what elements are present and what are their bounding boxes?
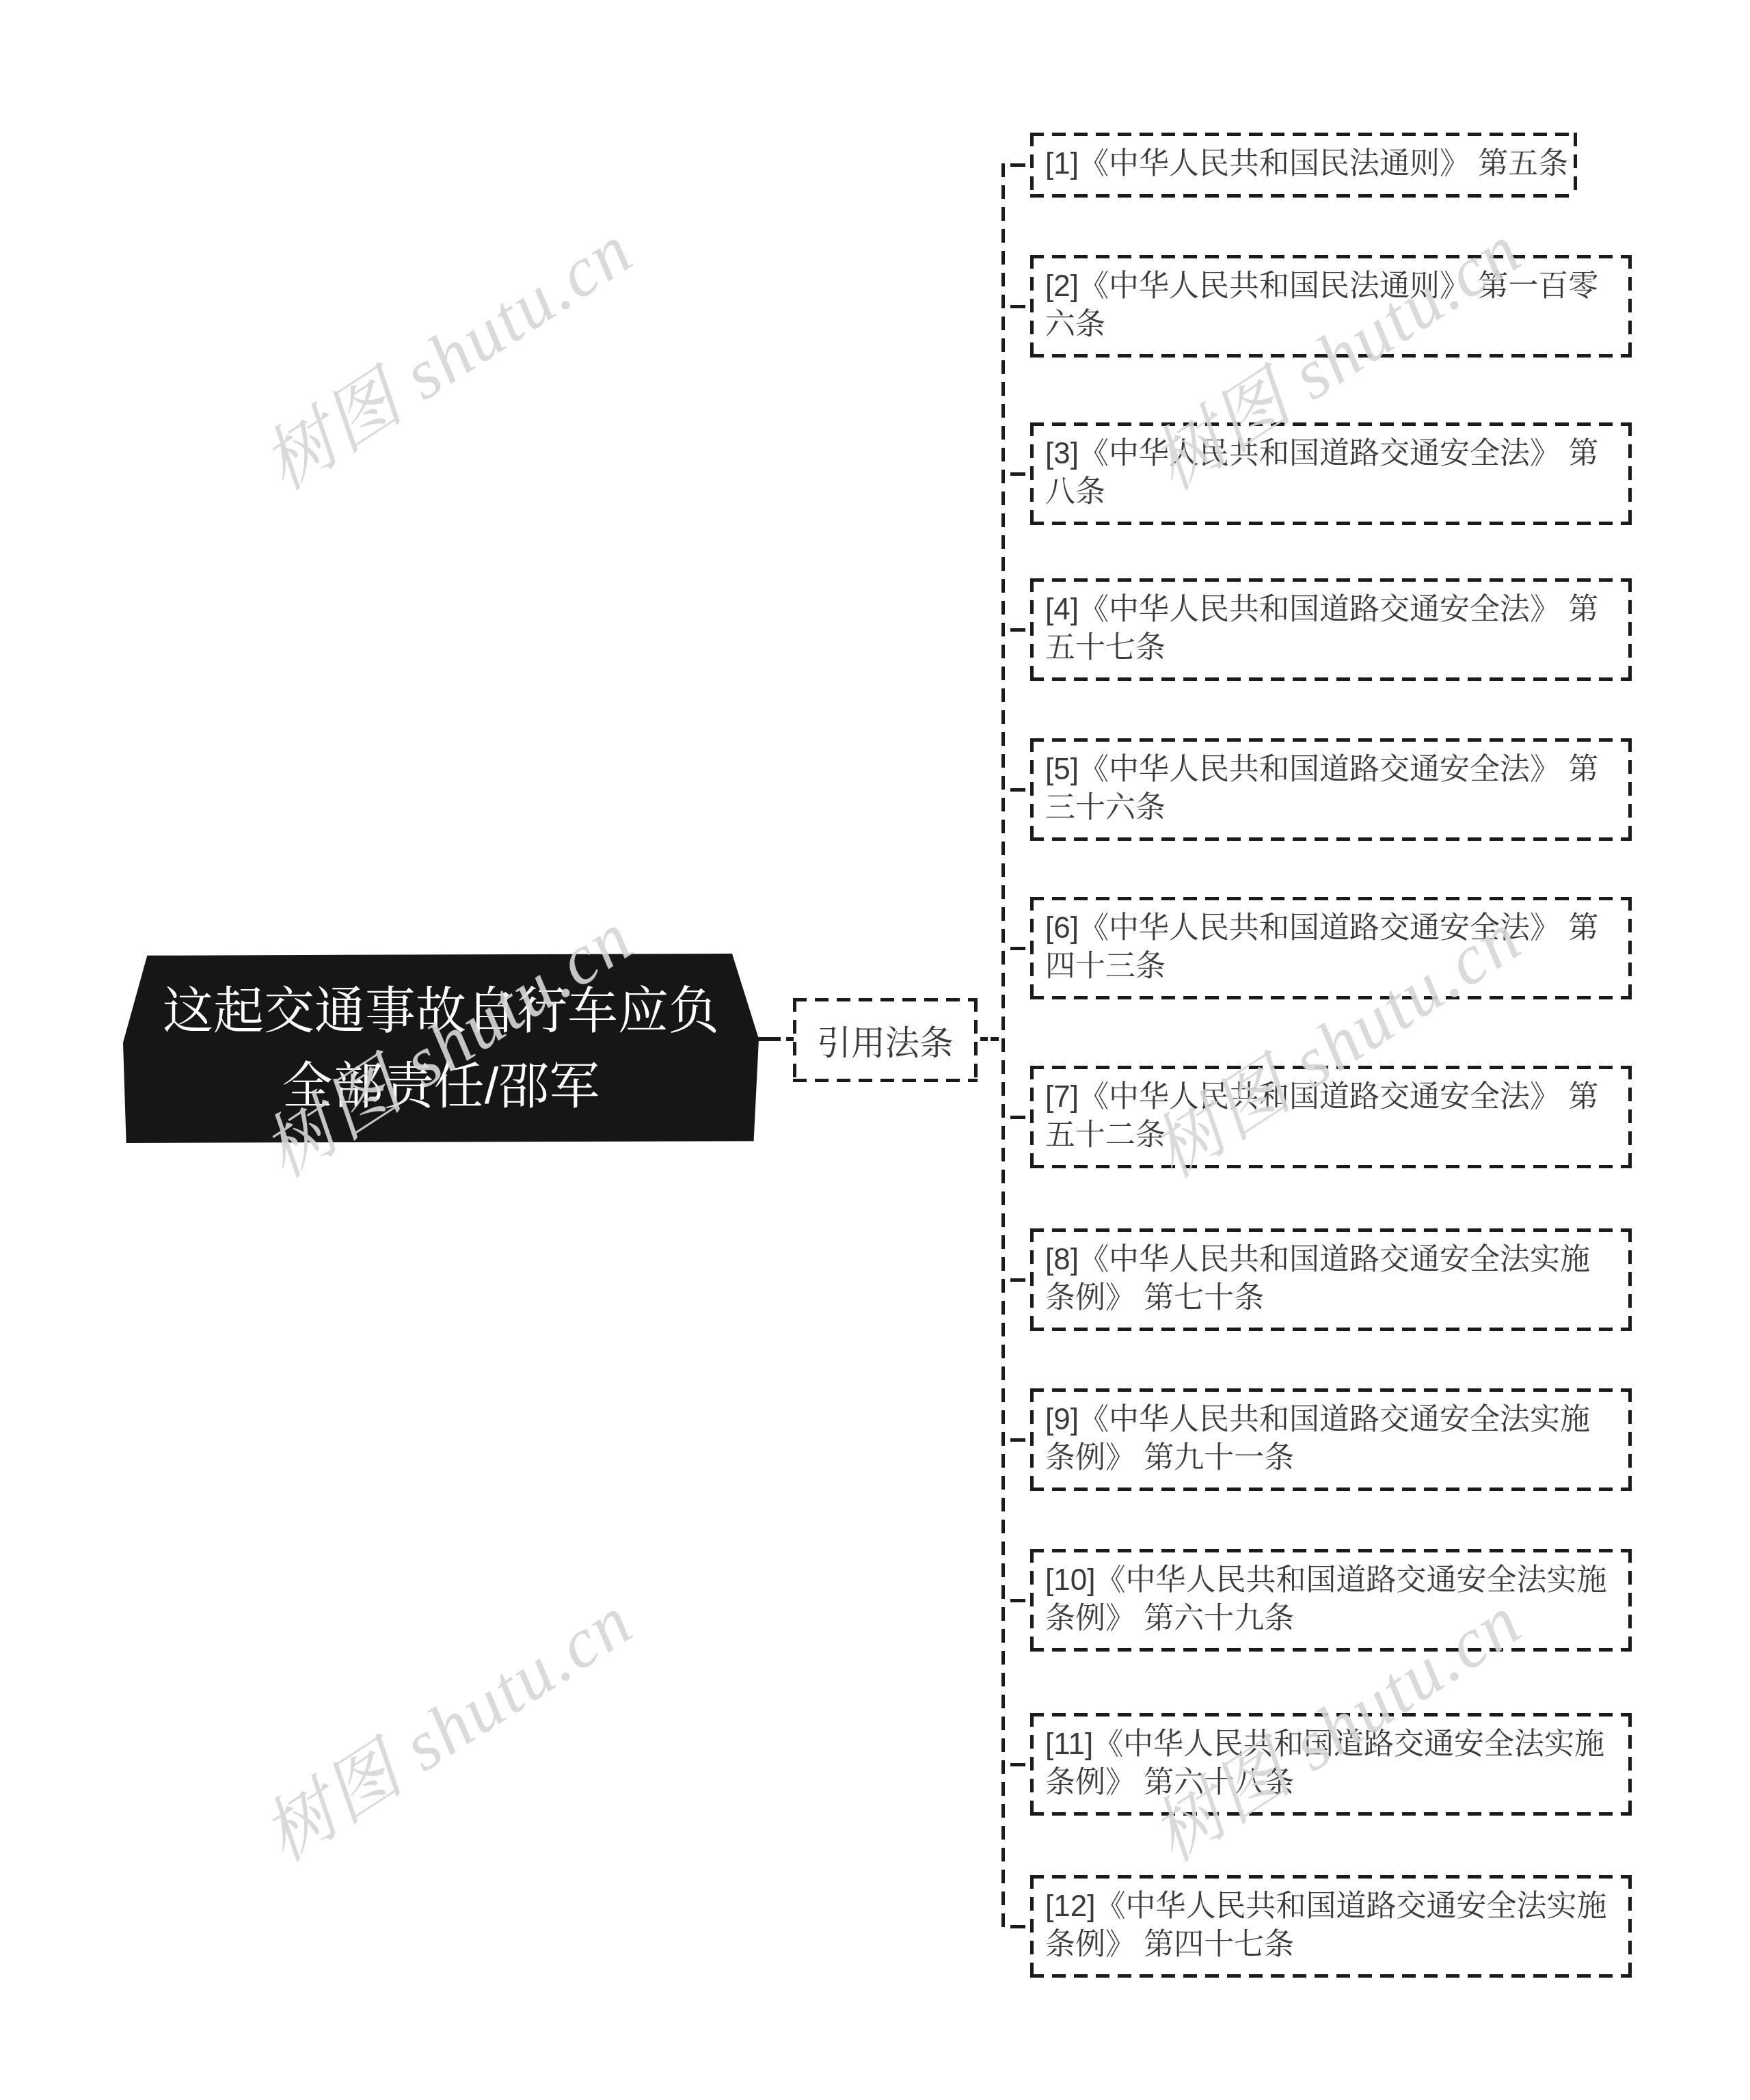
law-ref-node-10[interactable]: [10]《中华人民共和国道路交通安全法实施条例》 第六十九条 (1030, 1549, 1632, 1652)
branch-connector-7 (1010, 1116, 1025, 1119)
law-ref-node-9[interactable]: [9]《中华人民共和国道路交通安全法实施条例》 第九十一条 (1030, 1388, 1632, 1491)
law-ref-text: [1]《中华人民共和国民法通则》 第五条 (1045, 145, 1562, 183)
branch-connector-1 (1010, 163, 1025, 167)
trunk-line (1001, 163, 1005, 1927)
branch-connector-8 (1010, 1278, 1025, 1282)
root-title: 这起交通事故自行车应负全部责任/邵军 (123, 973, 759, 1124)
law-ref-text: [9]《中华人民共和国道路交通安全法实施条例》 第九十一条 (1045, 1401, 1617, 1477)
branch-connector-11 (1010, 1763, 1025, 1766)
branch-connector-5 (1010, 788, 1025, 792)
watermark: 树图 shutu.cn (240, 1565, 649, 1881)
watermark: 树图 shutu.cn (240, 193, 649, 509)
branch-connector-10 (1010, 1599, 1025, 1602)
branch-connector-12 (1010, 1925, 1025, 1928)
hub-label: 引用法条 (817, 1016, 954, 1065)
branch-connector-2 (1010, 305, 1025, 308)
branch-connector-6 (1010, 947, 1025, 950)
connector-hub-trunk-dash2 (991, 1037, 999, 1041)
law-ref-text: [12]《中华人民共和国道路交通安全法实施条例》 第四十七条 (1045, 1887, 1617, 1964)
root-node[interactable]: 这起交通事故自行车应负全部责任/邵军 (123, 954, 759, 1143)
law-ref-text: [7]《中华人民共和国道路交通安全法》 第五十二条 (1045, 1078, 1617, 1155)
law-ref-node-2[interactable]: [2]《中华人民共和国民法通则》 第一百零六条 (1030, 255, 1632, 358)
law-ref-node-4[interactable]: [4]《中华人民共和国道路交通安全法》 第五十七条 (1030, 578, 1632, 681)
law-ref-text: [8]《中华人民共和国道路交通安全法实施条例》 第七十条 (1045, 1241, 1617, 1317)
branch-connector-4 (1010, 628, 1025, 632)
law-ref-text: [3]《中华人民共和国道路交通安全法》 第八条 (1045, 435, 1617, 511)
law-ref-node-3[interactable]: [3]《中华人民共和国道路交通安全法》 第八条 (1030, 422, 1632, 525)
branch-connector-9 (1010, 1438, 1025, 1442)
law-ref-node-8[interactable]: [8]《中华人民共和国道路交通安全法实施条例》 第七十条 (1030, 1228, 1632, 1331)
law-ref-node-5[interactable]: [5]《中华人民共和国道路交通安全法》 第三十六条 (1030, 738, 1632, 841)
hub-node[interactable]: 引用法条 (793, 998, 978, 1082)
law-ref-text: [2]《中华人民共和国民法通则》 第一百零六条 (1045, 267, 1617, 344)
branch-connector-3 (1010, 472, 1025, 476)
law-ref-node-1[interactable]: [1]《中华人民共和国民法通则》 第五条 (1030, 133, 1577, 198)
law-ref-node-12[interactable]: [12]《中华人民共和国道路交通安全法实施条例》 第四十七条 (1030, 1875, 1632, 1978)
law-ref-text: [4]《中华人民共和国道路交通安全法》 第五十七条 (1045, 591, 1617, 667)
law-ref-text: [10]《中华人民共和国道路交通安全法实施条例》 第六十九条 (1045, 1561, 1617, 1638)
connector-hub-trunk-dash1 (980, 1037, 988, 1041)
law-ref-text: [5]《中华人民共和国道路交通安全法》 第三十六条 (1045, 751, 1617, 827)
law-ref-text: [11]《中华人民共和国道路交通安全法实施条例》 第六十八条 (1045, 1725, 1617, 1802)
mindmap-canvas: 这起交通事故自行车应负全部责任/邵军 引用法条 [1]《中华人民共和国民法通则》… (0, 0, 1750, 2100)
law-ref-node-11[interactable]: [11]《中华人民共和国道路交通安全法实施条例》 第六十八条 (1030, 1713, 1632, 1816)
law-ref-text: [6]《中华人民共和国道路交通安全法》 第四十三条 (1045, 909, 1617, 986)
law-ref-node-6[interactable]: [6]《中华人民共和国道路交通安全法》 第四十三条 (1030, 897, 1632, 999)
law-ref-node-7[interactable]: [7]《中华人民共和国道路交通安全法》 第五十二条 (1030, 1066, 1632, 1168)
